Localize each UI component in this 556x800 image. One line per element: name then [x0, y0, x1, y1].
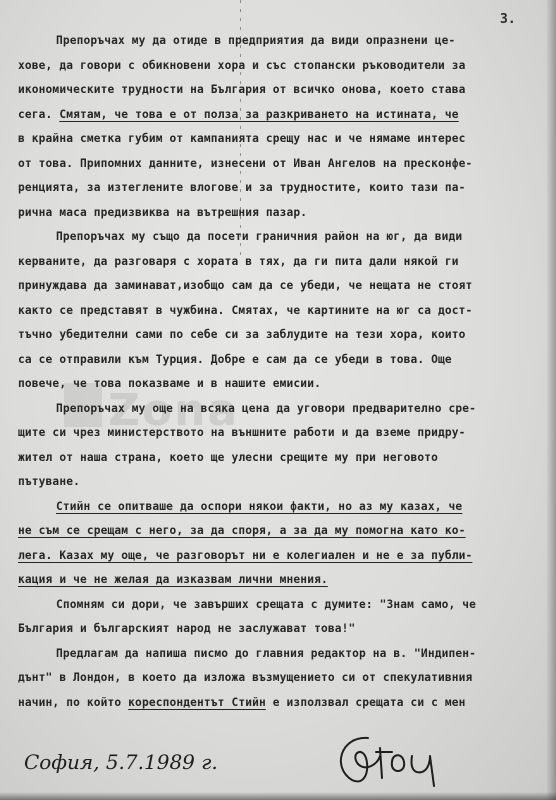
- text-line: от това. Припомних данните, изнесени от …: [18, 157, 472, 170]
- text-line: пътуване.: [18, 475, 80, 488]
- text-line: жител от наша страна, което ще улесни ср…: [18, 451, 438, 464]
- text-line: щите си чрез министерството на външните …: [18, 426, 466, 439]
- text-line: рична маса предизвиква на вътрешния паза…: [18, 206, 307, 219]
- underlined-text: не съм се срещам с него, за да споря, а …: [18, 524, 466, 537]
- text-line: хове, да говори с обикновени хора и със …: [18, 59, 466, 72]
- text-line: начин, по който кореспондентът Стийн е и…: [18, 696, 466, 709]
- paper-bottom-shadow: [0, 792, 556, 800]
- text-line: икономическите трудности на България от …: [18, 83, 466, 96]
- text-line: дънт" в Лондон, в което да изложа възмущ…: [18, 671, 472, 684]
- text-line: кация и че не желая да изказвам лични мн…: [18, 573, 328, 586]
- text-line: в крайна сметка губим от кампанията срещ…: [18, 132, 466, 145]
- underlined-text: лега. Казах му още, че разговорът ни е к…: [18, 549, 472, 562]
- underlined-text: Смятам, че това е от полза за разкриване…: [59, 108, 458, 121]
- typewritten-document-page: Zona 3. Препоръчах му да отиде в предпри…: [0, 0, 556, 800]
- text-line: сега. Смятам, че това е от полза за разк…: [18, 108, 459, 121]
- text-line: Препоръчах му да отиде в предприятия да …: [56, 34, 455, 47]
- text-line: Спомням си дори, че завърших срещата с д…: [56, 598, 476, 611]
- page-number: 3.: [500, 12, 516, 27]
- paper-edge-shadow: [546, 0, 556, 800]
- text-line: ренцията, за изтеглените влогове и за тр…: [18, 181, 466, 194]
- underlined-text: Стийн се опитваше да оспори някои факти,…: [56, 500, 462, 513]
- text-line: тъчно убедителни сами по себе си за забл…: [18, 328, 466, 341]
- text-line: Препоръчах му също да посети граничния р…: [56, 230, 462, 243]
- text-line: Препоръчах му още на всяка цена да угово…: [56, 402, 476, 415]
- handwritten-place-date: София, 5.7.1989 г.: [24, 750, 218, 774]
- text-line: лега. Казах му още, че разговорът ни е к…: [18, 549, 472, 562]
- underlined-text: кореспондентът Стийн: [128, 696, 266, 709]
- text-line: принуждава да заминават,изобщо сам да се…: [18, 279, 472, 292]
- handwritten-signature: [330, 728, 470, 788]
- text-line: повече, че това показваме и в нашите еми…: [18, 377, 321, 390]
- text-line: България и българският народ не заслужав…: [18, 622, 355, 635]
- text-line: не съм се срещам с него, за да споря, а …: [18, 524, 466, 537]
- text-line: керваните, да разговаря с хората в тях, …: [18, 255, 459, 268]
- text-line: Предлагам да напиша писмо до главния ред…: [56, 647, 476, 660]
- underlined-text: кация и че не желая да изказвам лични мн…: [18, 573, 328, 586]
- text-line: както се представят в чужбина. Смятах, ч…: [18, 304, 472, 317]
- text-line: са се отправили към Турция. Добре е сам …: [18, 353, 452, 366]
- text-line: Стийн се опитваше да оспори някои факти,…: [56, 500, 462, 513]
